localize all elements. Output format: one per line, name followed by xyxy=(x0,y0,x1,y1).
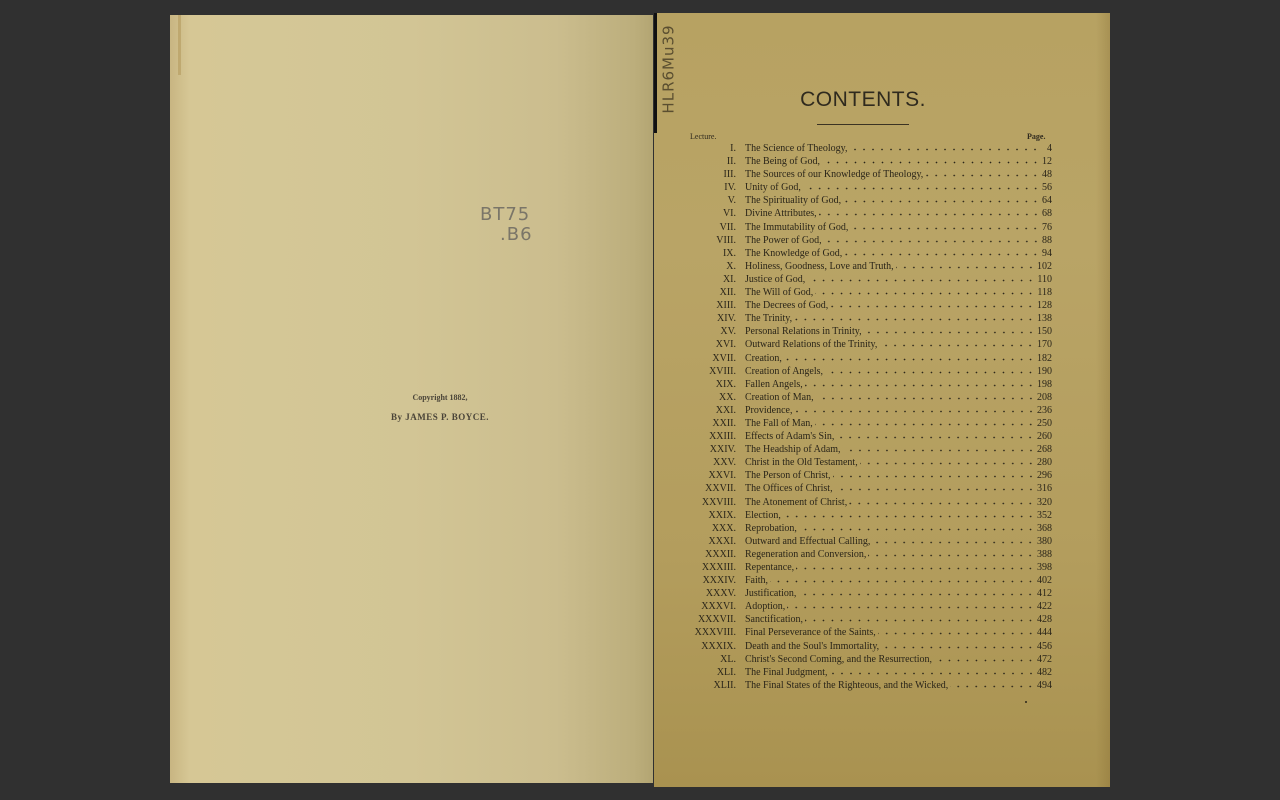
handwritten-note: HLR6Mu39 xyxy=(662,20,686,120)
lecture-title: The Decrees of God, xyxy=(745,299,828,312)
toc-entry: XXVI.The Person of Christ,296 xyxy=(680,469,1052,482)
toc-entry: XIX.Fallen Angels,198 xyxy=(680,378,1052,391)
lecture-number: XXVII. xyxy=(680,482,745,495)
lecture-number: VIII. xyxy=(680,234,745,247)
lecture-title: Faith, xyxy=(745,574,768,587)
page-number: 150 xyxy=(1037,325,1052,338)
page-number: 428 xyxy=(1037,613,1052,626)
lecture-number: XXII. xyxy=(680,417,745,430)
lecture-number: XXXII. xyxy=(680,548,745,561)
lecture-number: XXXVI. xyxy=(680,600,745,613)
toc-entry: XXXIV.Faith,402 xyxy=(680,574,1052,587)
page-number: 4 xyxy=(1042,142,1052,155)
lecture-number: XXXI. xyxy=(680,535,745,548)
toc-entry: XIV.The Trinity,138 xyxy=(680,312,1052,325)
lecture-title: Christ in the Old Testament, xyxy=(745,456,858,469)
dot-leader xyxy=(815,286,1035,299)
table-of-contents: I.The Science of Theology,4II.The Being … xyxy=(680,142,1052,692)
lecture-title: Unity of God, xyxy=(745,181,801,194)
lecture-title: Fallen Angels, xyxy=(745,378,803,391)
dot-leader xyxy=(896,260,1035,273)
page-number: 68 xyxy=(1042,207,1052,220)
lecture-title: The Fall of Man, xyxy=(745,417,813,430)
lecture-number: XXXIV. xyxy=(680,574,745,587)
lecture-number: XV. xyxy=(680,325,745,338)
toc-entry: XXV.Christ in the Old Testament,280 xyxy=(680,456,1052,469)
toc-entry: IX.The Knowledge of God,94 xyxy=(680,247,1052,260)
call-number-line-1: BT75 xyxy=(480,205,550,225)
lecture-number: XLII. xyxy=(680,679,745,692)
lecture-number: XX. xyxy=(680,391,745,404)
dot-leader xyxy=(925,168,1040,181)
lecture-number: XVI. xyxy=(680,338,745,351)
contents-title: CONTENTS. xyxy=(780,88,946,112)
toc-entry: XXXI.Outward and Effectual Calling,380 xyxy=(680,535,1052,548)
page-number: 88 xyxy=(1042,234,1052,247)
toc-entry: III.The Sources of our Knowledge of Theo… xyxy=(680,168,1052,181)
page-number: 482 xyxy=(1037,666,1052,679)
dot-leader xyxy=(783,509,1035,522)
lecture-number: XXIII. xyxy=(680,430,745,443)
toc-entry: XXIX.Election,352 xyxy=(680,509,1052,522)
lecture-title: Holiness, Goodness, Love and Truth, xyxy=(745,260,894,273)
page-number: 236 xyxy=(1037,404,1052,417)
toc-entry: XXXIII.Repentance,398 xyxy=(680,561,1052,574)
author-line: By JAMES P. BOYCE. xyxy=(360,412,520,422)
lecture-title: Effects of Adam's Sin, xyxy=(745,430,834,443)
lecture-number: IV. xyxy=(680,181,745,194)
lecture-title: Outward Relations of the Trinity, xyxy=(745,338,877,351)
lecture-title: Death and the Soul's Immortality, xyxy=(745,640,879,653)
dot-leader xyxy=(868,548,1035,561)
lecture-title: The Final Judgment, xyxy=(745,666,828,679)
page-number: 102 xyxy=(1037,260,1052,273)
dot-leader xyxy=(878,626,1035,639)
toc-entry: XXI.Providence,236 xyxy=(680,404,1052,417)
toc-entry: XV.Personal Relations in Trinity,150 xyxy=(680,325,1052,338)
lecture-number: XLI. xyxy=(680,666,745,679)
toc-entry: I.The Science of Theology,4 xyxy=(680,142,1052,155)
dot-leader xyxy=(803,181,1040,194)
page-number: 456 xyxy=(1037,640,1052,653)
lecture-title: Christ's Second Coming, and the Resurrec… xyxy=(745,653,932,666)
page-number: 368 xyxy=(1037,522,1052,535)
page-number: 12 xyxy=(1042,155,1052,168)
lecture-title: Adoption, xyxy=(745,600,785,613)
toc-entry: XI.Justice of God,110 xyxy=(680,273,1052,286)
toc-entry: XXII.The Fall of Man,250 xyxy=(680,417,1052,430)
lecture-number: XIX. xyxy=(680,378,745,391)
toc-entry: XXXIX.Death and the Soul's Immortality,4… xyxy=(680,640,1052,653)
lecture-number: XVII. xyxy=(680,352,745,365)
lecture-number: XXXV. xyxy=(680,587,745,600)
lecture-title: The Being of God, xyxy=(745,155,820,168)
toc-entry: XXXII.Regeneration and Conversion,388 xyxy=(680,548,1052,561)
toc-entry: XVIII.Creation of Angels,190 xyxy=(680,365,1052,378)
page-number: 138 xyxy=(1037,312,1052,325)
lecture-title: Repentance, xyxy=(745,561,794,574)
lecture-title: Final Perseverance of the Saints, xyxy=(745,626,876,639)
title-divider xyxy=(817,124,909,125)
toc-entry: XXXV.Justification,412 xyxy=(680,587,1052,600)
lecture-title: The Final States of the Righteous, and t… xyxy=(745,679,948,692)
dot-leader xyxy=(805,378,1035,391)
dot-leader xyxy=(849,496,1035,509)
toc-entry: XXVII.The Offices of Christ,316 xyxy=(680,482,1052,495)
page-number: 118 xyxy=(1037,286,1052,299)
toc-entry: IV.Unity of God,56 xyxy=(680,181,1052,194)
page-number: 198 xyxy=(1037,378,1052,391)
toc-entry: VI.Divine Attributes,68 xyxy=(680,207,1052,220)
toc-entry: XII.The Will of God,118 xyxy=(680,286,1052,299)
dot-leader xyxy=(843,194,1040,207)
lecture-title: Personal Relations in Trinity, xyxy=(745,325,862,338)
dot-leader xyxy=(787,600,1035,613)
dot-leader xyxy=(843,443,1035,456)
lecture-number: XXVI. xyxy=(680,469,745,482)
dot-leader xyxy=(822,155,1040,168)
lecture-number: XXXIII. xyxy=(680,561,745,574)
lecture-title: Regeneration and Conversion, xyxy=(745,548,866,561)
book-spine-shadow xyxy=(654,13,657,133)
page-number: 444 xyxy=(1037,626,1052,639)
dot-leader xyxy=(816,391,1035,404)
toc-entry: VIII.The Power of God,88 xyxy=(680,234,1052,247)
page-number: 190 xyxy=(1037,365,1052,378)
page-number: 56 xyxy=(1042,181,1052,194)
dot-leader xyxy=(795,404,1036,417)
page-number: 280 xyxy=(1037,456,1052,469)
dot-leader xyxy=(819,207,1040,220)
lecture-title: The Sources of our Knowledge of Theology… xyxy=(745,168,923,181)
lecture-number: XXXIX. xyxy=(680,640,745,653)
page-column-header: Page. xyxy=(1027,132,1045,141)
toc-entry: XXXVI.Adoption,422 xyxy=(680,600,1052,613)
page-number: 422 xyxy=(1037,600,1052,613)
toc-entry: II.The Being of God,12 xyxy=(680,155,1052,168)
dot-leader xyxy=(872,535,1035,548)
toc-entry: XXIV.The Headship of Adam,268 xyxy=(680,443,1052,456)
dot-leader xyxy=(849,142,1040,155)
toc-entry: XXXVII.Sanctification,428 xyxy=(680,613,1052,626)
lecture-number: IX. xyxy=(680,247,745,260)
toc-entry: XXIII.Effects of Adam's Sin,260 xyxy=(680,430,1052,443)
page-number: 128 xyxy=(1037,299,1052,312)
lecture-title: The Headship of Adam, xyxy=(745,443,841,456)
dot-leader xyxy=(796,561,1035,574)
lecture-title: Election, xyxy=(745,509,781,522)
dot-leader xyxy=(864,325,1035,338)
dot-leader xyxy=(807,273,1035,286)
lecture-number: V. xyxy=(680,194,745,207)
lecture-number: VI. xyxy=(680,207,745,220)
dot-leader xyxy=(950,679,1035,692)
page-number: 316 xyxy=(1037,482,1052,495)
dot-leader xyxy=(860,456,1035,469)
lecture-number: VII. xyxy=(680,221,745,234)
lecture-title: Divine Attributes, xyxy=(745,207,817,220)
lecture-title: Justification, xyxy=(745,587,796,600)
page-number: 170 xyxy=(1037,338,1052,351)
lecture-number: II. xyxy=(680,155,745,168)
lecture-title: Outward and Effectual Calling, xyxy=(745,535,870,548)
toc-entry: XL.Christ's Second Coming, and the Resur… xyxy=(680,653,1052,666)
dot-leader xyxy=(830,299,1035,312)
lecture-number: XIII. xyxy=(680,299,745,312)
page-number: 352 xyxy=(1037,509,1052,522)
lecture-number: XXXVIII. xyxy=(680,626,745,639)
dot-leader xyxy=(833,469,1035,482)
lecture-number: I. xyxy=(680,142,745,155)
lecture-title: The Immutability of God, xyxy=(745,221,848,234)
lecture-title: Creation of Angels, xyxy=(745,365,823,378)
call-number-line-2: .B6 xyxy=(480,225,550,245)
lecture-number: XXIV. xyxy=(680,443,745,456)
dot-leader xyxy=(815,417,1035,430)
page-number: 94 xyxy=(1042,247,1052,260)
dot-leader xyxy=(784,352,1035,365)
page-number: 110 xyxy=(1037,273,1052,286)
page-number: 398 xyxy=(1037,561,1052,574)
lecture-number: XII. xyxy=(680,286,745,299)
dot-leader xyxy=(835,482,1035,495)
lecture-title: The Power of God, xyxy=(745,234,822,247)
page-number: 494 xyxy=(1037,679,1052,692)
lecture-number: XXV. xyxy=(680,456,745,469)
dot-leader xyxy=(879,338,1035,351)
page-number: 64 xyxy=(1042,194,1052,207)
lecture-title: The Trinity, xyxy=(745,312,792,325)
toc-entry: VII.The Immutability of God,76 xyxy=(680,221,1052,234)
dot-leader xyxy=(799,522,1035,535)
dot-leader xyxy=(850,221,1040,234)
lecture-number: XVIII. xyxy=(680,365,745,378)
lecture-title: The Knowledge of God, xyxy=(745,247,842,260)
page-number: 182 xyxy=(1037,352,1052,365)
dot-leader xyxy=(830,666,1036,679)
lecture-title: Creation, xyxy=(745,352,782,365)
lecture-number: III. xyxy=(680,168,745,181)
lecture-title: Sanctification, xyxy=(745,613,803,626)
handwritten-call-number: BT75 .B6 xyxy=(480,205,550,245)
page-number: 250 xyxy=(1037,417,1052,430)
page-number: 472 xyxy=(1037,653,1052,666)
lecture-number: XXX. xyxy=(680,522,745,535)
lecture-title: The Atonement of Christ, xyxy=(745,496,847,509)
toc-entry: XLII.The Final States of the Righteous, … xyxy=(680,679,1052,692)
dot-leader xyxy=(825,365,1035,378)
dot-leader xyxy=(881,640,1035,653)
lecture-column-header: Lecture. xyxy=(690,132,716,141)
lecture-number: XXIX. xyxy=(680,509,745,522)
toc-entry: XXXVIII.Final Perseverance of the Saints… xyxy=(680,626,1052,639)
stray-mark xyxy=(1025,701,1027,703)
lecture-title: Creation of Man, xyxy=(745,391,814,404)
lecture-number: XXVIII. xyxy=(680,496,745,509)
dot-leader xyxy=(798,587,1035,600)
toc-entry: XXX.Reprobation,368 xyxy=(680,522,1052,535)
page-number: 208 xyxy=(1037,391,1052,404)
toc-entry: XVII.Creation,182 xyxy=(680,352,1052,365)
lecture-number: XI. xyxy=(680,273,745,286)
dot-leader xyxy=(770,574,1035,587)
toc-entry: XLI.The Final Judgment,482 xyxy=(680,666,1052,679)
handwritten-note-text: HLR6Mu39 xyxy=(660,24,678,113)
dot-leader xyxy=(824,234,1040,247)
page-number: 320 xyxy=(1037,496,1052,509)
lecture-title: The Science of Theology, xyxy=(745,142,847,155)
lecture-title: The Person of Christ, xyxy=(745,469,831,482)
page-number: 296 xyxy=(1037,469,1052,482)
lecture-number: XXI. xyxy=(680,404,745,417)
page-number: 76 xyxy=(1042,221,1052,234)
lecture-number: X. xyxy=(680,260,745,273)
toc-entry: XIII.The Decrees of God,128 xyxy=(680,299,1052,312)
dot-leader xyxy=(805,613,1035,626)
dot-leader xyxy=(934,653,1035,666)
toc-entry: XX.Creation of Man,208 xyxy=(680,391,1052,404)
toc-entry: V.The Spirituality of God,64 xyxy=(680,194,1052,207)
lecture-title: Providence, xyxy=(745,404,793,417)
lecture-title: The Spirituality of God, xyxy=(745,194,841,207)
page-number: 260 xyxy=(1037,430,1052,443)
lecture-number: XL. xyxy=(680,653,745,666)
copyright-line: Copyright 1882, xyxy=(360,393,520,402)
copyright-block: Copyright 1882, By JAMES P. BOYCE. xyxy=(360,393,520,422)
lecture-title: The Will of God, xyxy=(745,286,813,299)
page-number: 402 xyxy=(1037,574,1052,587)
lecture-title: The Offices of Christ, xyxy=(745,482,833,495)
page-number: 48 xyxy=(1042,168,1052,181)
toc-entry: XXVIII.The Atonement of Christ,320 xyxy=(680,496,1052,509)
page-number: 268 xyxy=(1037,443,1052,456)
dot-leader xyxy=(794,312,1035,325)
page-number: 380 xyxy=(1037,535,1052,548)
page-number: 412 xyxy=(1037,587,1052,600)
toc-entry: XVI.Outward Relations of the Trinity,170 xyxy=(680,338,1052,351)
dot-leader xyxy=(836,430,1035,443)
lecture-number: XXXVII. xyxy=(680,613,745,626)
page-number: 388 xyxy=(1037,548,1052,561)
lecture-title: Reprobation, xyxy=(745,522,797,535)
lecture-number: XIV. xyxy=(680,312,745,325)
lecture-title: Justice of God, xyxy=(745,273,805,286)
dot-leader xyxy=(844,247,1040,260)
toc-entry: X.Holiness, Goodness, Love and Truth,102 xyxy=(680,260,1052,273)
